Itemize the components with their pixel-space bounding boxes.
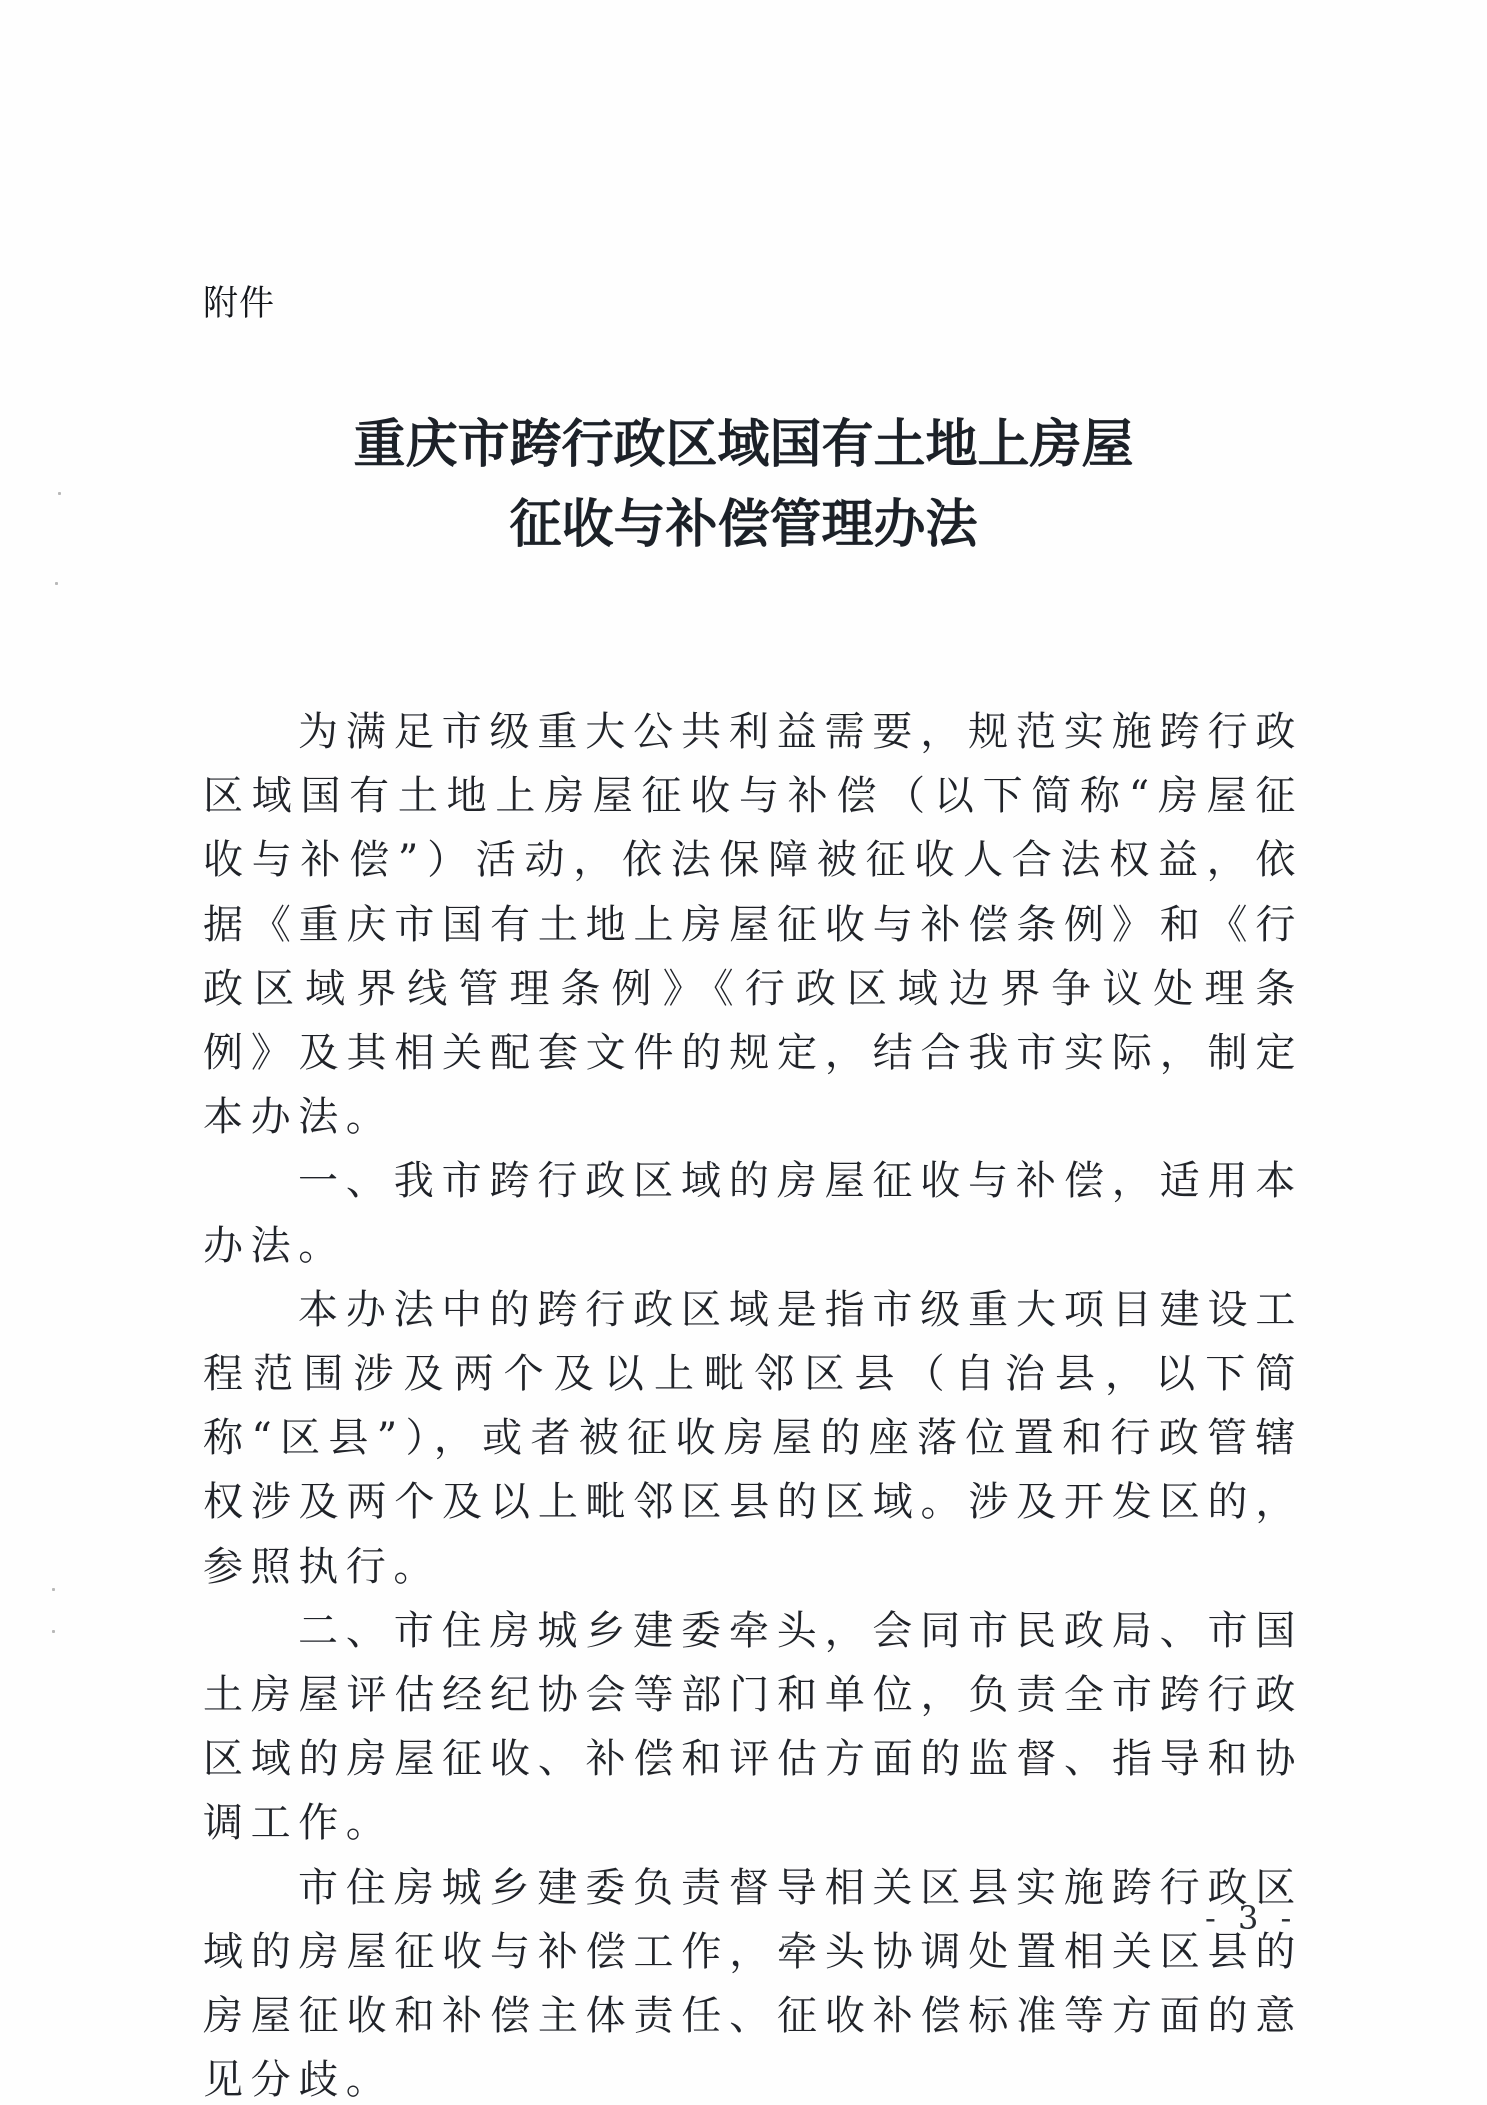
title-line-1: 重庆市跨行政区域国有土地上房屋 bbox=[0, 405, 1487, 485]
paragraph-article-1: 一、我市跨行政区域的房屋征收与补偿，适用本办法。 bbox=[203, 1149, 1303, 1277]
paragraph-article-2-supervision: 市住房城乡建委负责督导相关区县实施跨行政区域的房屋征收与补偿工作，牵头协调处置相… bbox=[203, 1856, 1303, 2105]
document-page: 附件 重庆市跨行政区域国有土地上房屋 征收与补偿管理办法 为满足市级重大公共利益… bbox=[0, 0, 1487, 2105]
document-body: 为满足市级重大公共利益需要，规范实施跨行政区域国有土地上房屋征收与补偿（以下简称… bbox=[203, 700, 1303, 2105]
attachment-label: 附件 bbox=[203, 282, 275, 326]
paragraph-article-2: 二、市住房城乡建委牵头，会同市民政局、市国土房屋评估经纪协会等部门和单位，负责全… bbox=[203, 1599, 1303, 1856]
document-title: 重庆市跨行政区域国有土地上房屋 征收与补偿管理办法 bbox=[0, 405, 1487, 565]
paragraph-article-1-definition: 本办法中的跨行政区域是指市级重大项目建设工程范围涉及两个及以上毗邻区县（自治县，… bbox=[203, 1278, 1303, 1599]
paragraph-preamble: 为满足市级重大公共利益需要，规范实施跨行政区域国有土地上房屋征收与补偿（以下简称… bbox=[203, 700, 1303, 1149]
scan-speck bbox=[52, 1588, 55, 1591]
page-number: - 3 - bbox=[1205, 1898, 1297, 1938]
scan-speck bbox=[52, 1630, 55, 1633]
title-line-2: 征收与补偿管理办法 bbox=[0, 485, 1487, 565]
scan-speck bbox=[55, 582, 58, 585]
